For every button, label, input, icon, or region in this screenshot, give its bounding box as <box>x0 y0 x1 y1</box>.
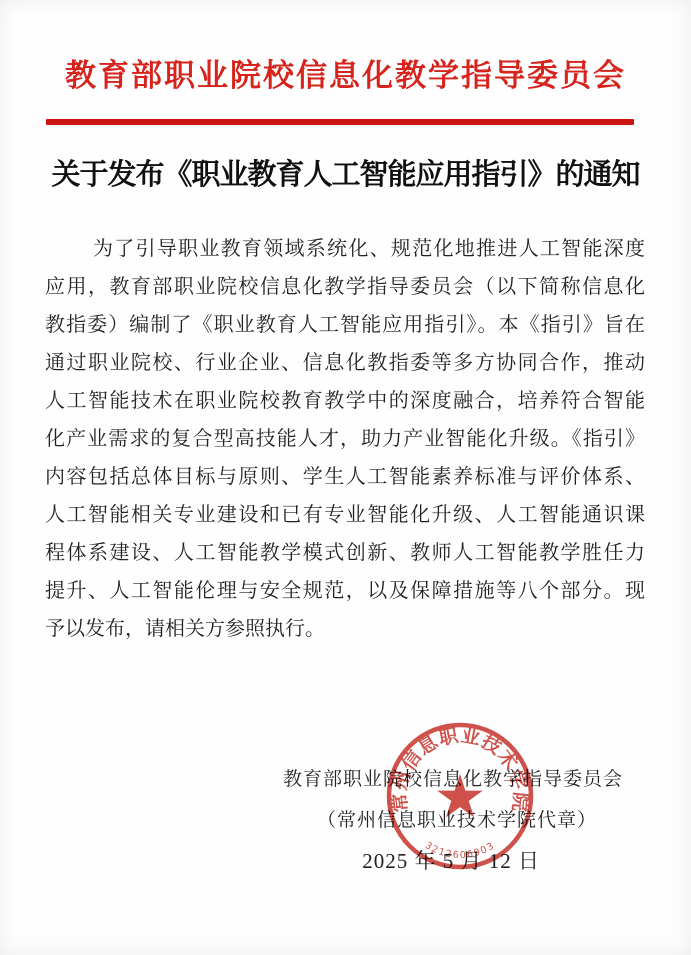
signature-date: 2025 年 5 月 12 日 <box>362 845 540 875</box>
signature-proxy-note: （常州信息职业技术学院代章） <box>317 805 597 832</box>
body-line: 内容包括总体目标与原则、学生人工智能素养标准与评价体系、 <box>45 458 645 496</box>
notice-title: 关于发布《职业教育人工智能应用指引》的通知 <box>0 152 691 193</box>
header-divider-rule <box>46 119 634 125</box>
issuing-org-header: 教育部职业院校信息化教学指导委员会 <box>0 50 691 95</box>
body-line: 应用，教育部职业院校信息化教学指导委员会（以下简称信息化 <box>45 268 645 306</box>
body-line: 人工智能相关专业建设和已有专业智能化升级、人工智能通识课 <box>45 496 645 534</box>
notice-document: 教育部职业院校信息化教学指导委员会 关于发布《职业教育人工智能应用指引》的通知 … <box>0 0 691 955</box>
body-line: 予以发布，请相关方参照执行。 <box>45 610 645 648</box>
body-line: 人工智能技术在职业院校教育教学中的深度融合，培养符合智能 <box>45 382 645 420</box>
body-line: 化产业需求的复合型高技能人才，助力产业智能化升级。《指引》 <box>45 420 645 458</box>
body-line: 为了引导职业教育领域系统化、规范化地推进人工智能深度 <box>45 230 645 268</box>
body-line: 通过职业院校、行业企业、信息化教指委等多方协同合作，推动 <box>45 344 645 382</box>
notice-body: 为了引导职业教育领域系统化、规范化地推进人工智能深度 应用，教育部职业院校信息化… <box>45 230 645 648</box>
body-line: 程体系建设、人工智能教学模式创新、教师人工智能教学胜任力 <box>45 534 645 572</box>
body-line: 提升、人工智能伦理与安全规范，以及保障措施等八个部分。现 <box>45 572 645 610</box>
body-line: 教指委）编制了《职业教育人工智能应用指引》。本《指引》旨在 <box>45 306 645 344</box>
signature-org-name: 教育部职业院校信息化教学指导委员会 <box>283 764 623 791</box>
